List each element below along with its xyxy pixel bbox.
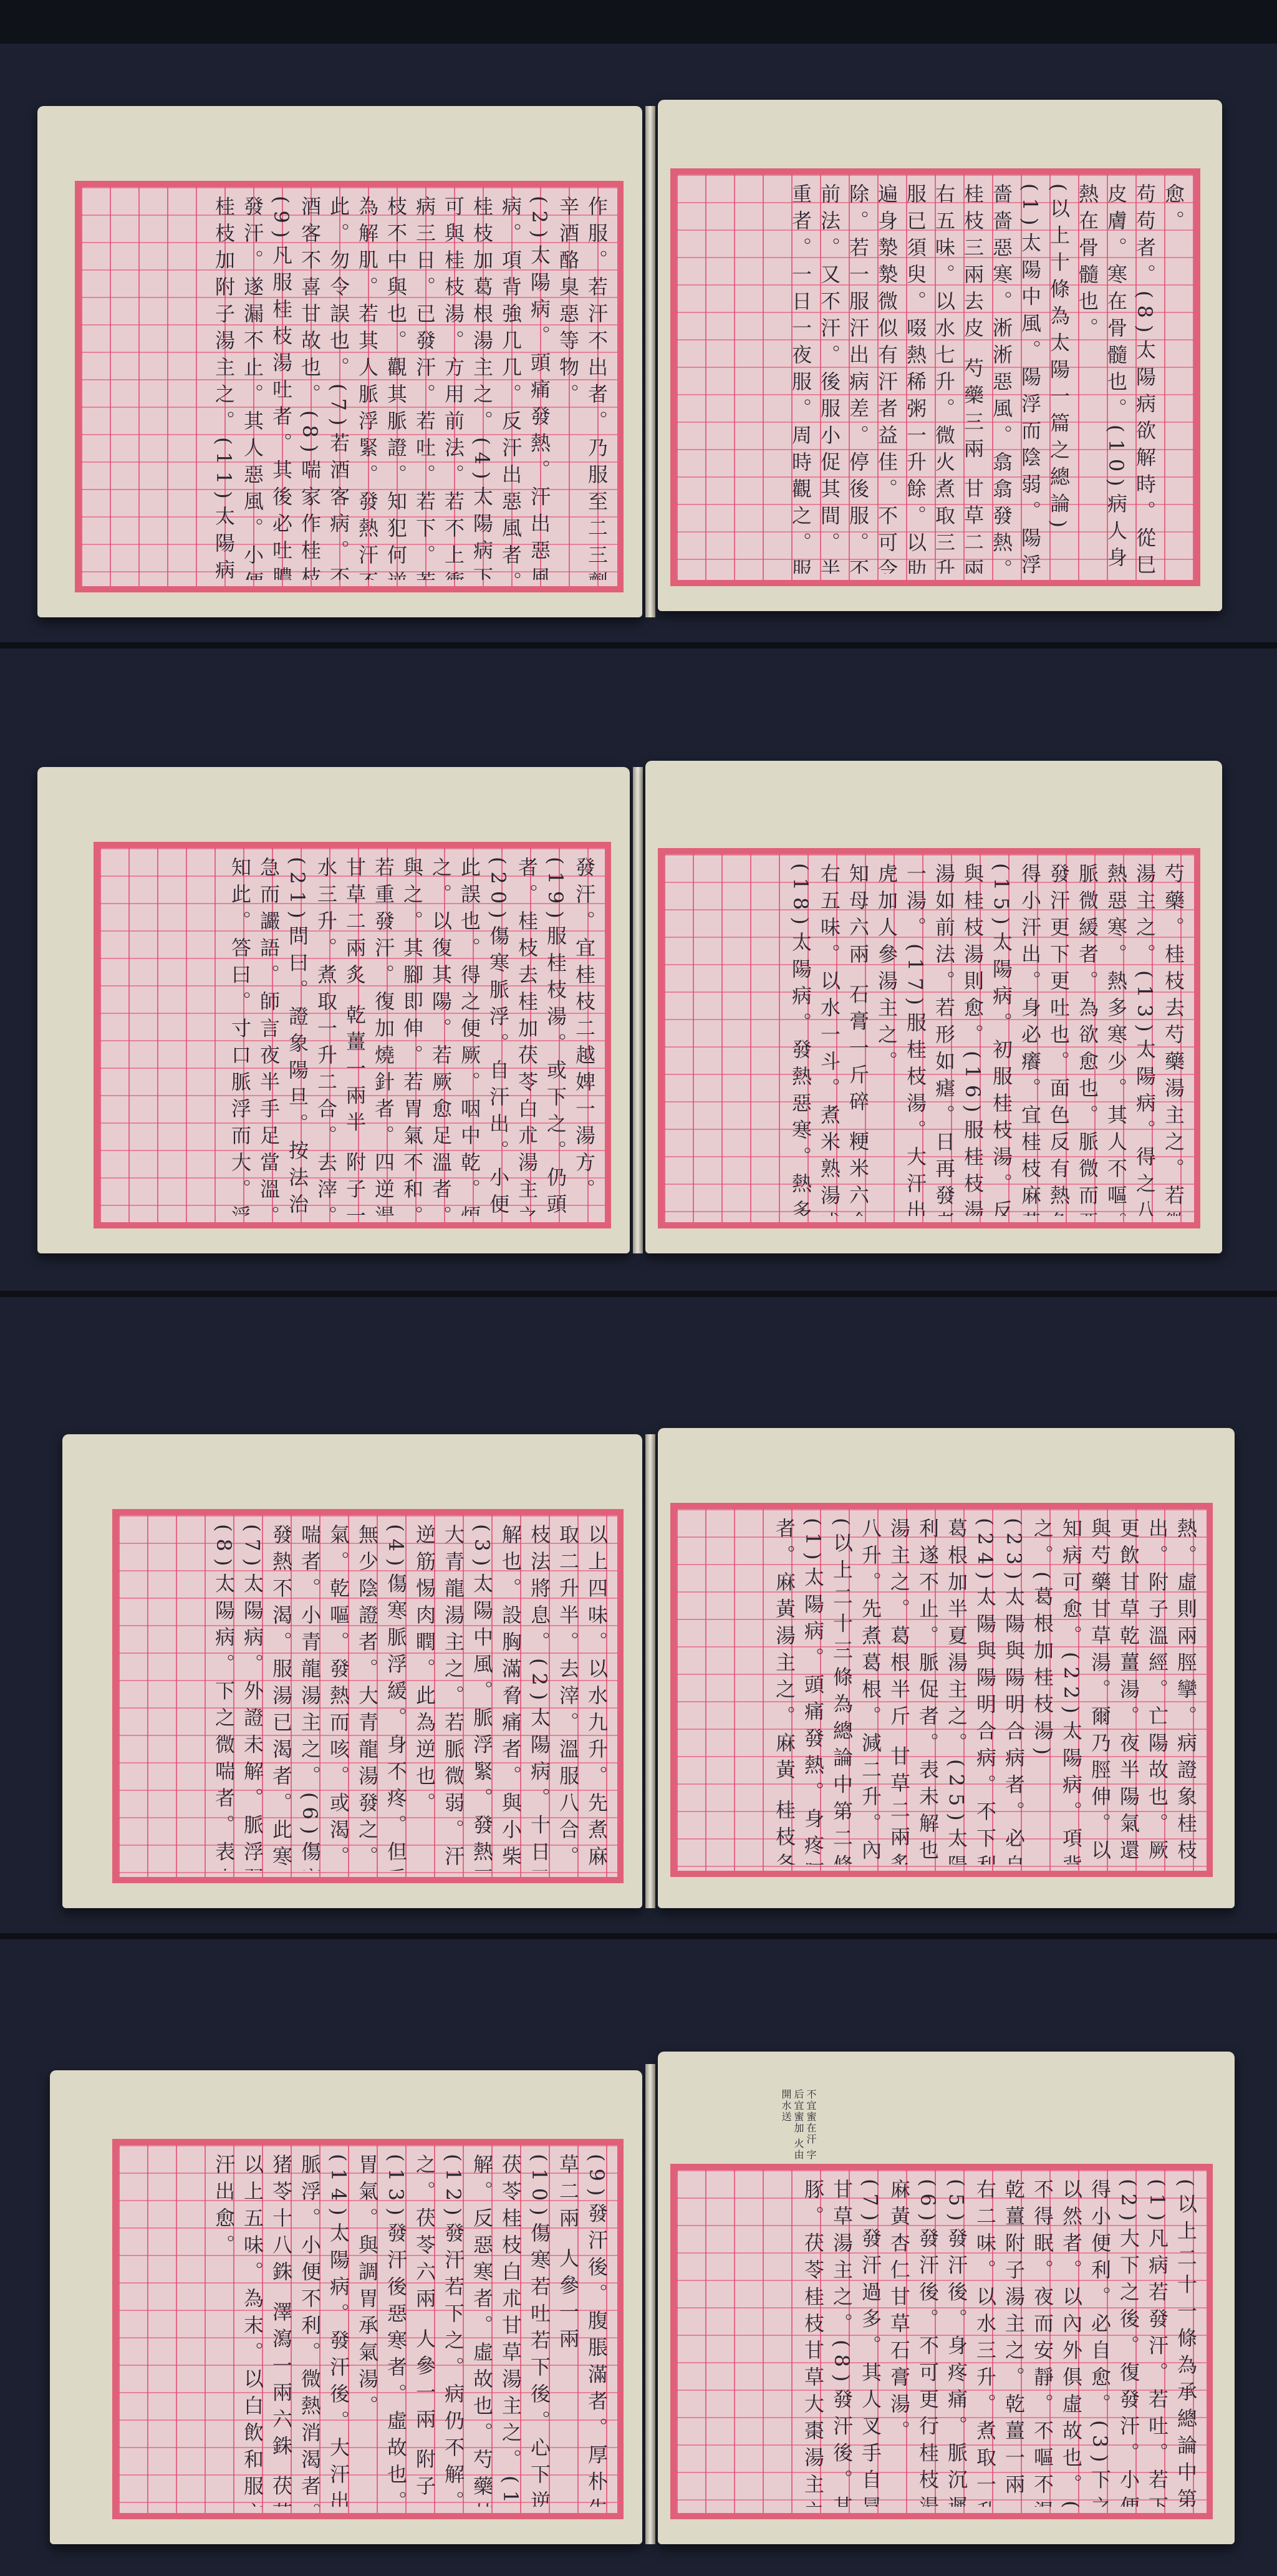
text-column: 湯如前法。若形如瘧。日再發者。汗出必解。宜桂枝二麻黃 bbox=[930, 863, 958, 1216]
text-column: 枝不中與也。觀其脈證。知犯何逆。隨證治之。(6)桂枝本 bbox=[382, 196, 410, 580]
text-column: 不得眠。夜而安靜。不嘔不渴。無表證。脈沉微。身無大熱者。 bbox=[1028, 2179, 1057, 2507]
text-column: 知病可愈。(22)太陽病。項背強几几。無汗惡風者。葛根湯主 bbox=[1057, 1518, 1086, 1864]
text-columns: (以上二十一條為承總論中第三條論傷寒之病) (1)凡病若發汗。若吐。若下。若亡津… bbox=[683, 2179, 1200, 2507]
text-column: (18)太陽病。發熱惡寒。熱多寒少。脈微弱者。此無陽也。不可 bbox=[786, 863, 815, 1216]
red-grid-frame: 以上四味。以水九升。先煮麻黃。減二升。去上沫。內諸藥。煮 取二升半。去滓。溫服八… bbox=[112, 1509, 624, 1883]
margin-note-line: 不宜蜜在汗 bbox=[805, 2089, 817, 2145]
text-column: 嗇嗇惡寒。淅淅惡風。翕翕發熱。鼻鳴乾嘔者。桂枝湯主之。 bbox=[987, 183, 1016, 574]
text-column: 桂枝三兩去皮 芍藥三兩 甘草二兩炙 生薑三兩 大棗十二枚 bbox=[958, 183, 987, 574]
text-column: 胃氣。與調胃承氣湯。 bbox=[353, 2154, 382, 2507]
red-grid-frame: (以上二十一條為承總論中第三條論傷寒之病) (1)凡病若發汗。若吐。若下。若亡津… bbox=[670, 2164, 1213, 2519]
text-column: 八升。先煮葛根。減二升。內諸藥。煮取二升。去滓。分溫再服。 bbox=[856, 1518, 885, 1864]
text-column: 者。桂枝去桂加茯苓白朮湯主之。 bbox=[513, 857, 541, 1216]
text-column: (6)發汗後。不可更行桂枝湯。汗出而喘。無大熱者。可與 bbox=[913, 2179, 942, 2507]
text-column: (5)發汗後。身疼痛。脈沉遲者。桂枝加芍藥生薑各一兩人參三兩新加湯主之。 bbox=[942, 2179, 971, 2507]
left-page: 作服。若汗不出者。乃服至二三劑。禁生冷粘滑肉麵五 辛酒酪臭惡等物。 (2)太陽病… bbox=[37, 106, 642, 617]
text-column: 氣。乾嘔。發熱而咳。或渴。或利。或噎。或小便不利。少腹滿。或 bbox=[324, 1524, 353, 1871]
book-spine bbox=[633, 767, 643, 1253]
left-page: (9)發汗後。腹脹滿者。厚朴生薑半夏甘草人參湯主之。 草二兩 人參一兩 (10)… bbox=[50, 2070, 642, 2544]
text-column: 無少陰證者。大青龍湯發之。(5)傷寒表不解。心下有水 bbox=[353, 1524, 382, 1871]
text-column: 取二升半。去滓。溫服八合。覆取微似汗。不須啜粥。餘如桂 bbox=[554, 1524, 582, 1871]
photo-panel-3: 以上四味。以水九升。先煮麻黃。減二升。去上沫。內諸藥。煮 取二升半。去滓。溫服八… bbox=[0, 1291, 1277, 1933]
text-column: 甘草湯主之。(8)發汗後。其人臍下悸者。欲作奔 bbox=[827, 2179, 856, 2507]
text-column: (20)傷寒脈浮。自汗出。小便數。心煩。微惡寒。腳攣急。反與桂枝湯以攻其表 bbox=[484, 857, 513, 1216]
text-column: 作服。若汗不出者。乃服至二三劑。禁生冷粘滑肉麵五 bbox=[582, 196, 611, 580]
text-columns: (9)發汗後。腹脹滿者。厚朴生薑半夏甘草人參湯主之。 草二兩 人參一兩 (10)… bbox=[125, 2154, 611, 2507]
text-column: 得小汗出。身必癢。宜桂枝麻黃各半湯主之。 bbox=[1016, 863, 1044, 1216]
text-column: 逆筋惕肉瞤。此為逆也。 bbox=[410, 1524, 439, 1871]
text-column: 以上四味。以水九升。先煮麻黃。減二升。去上沫。內諸藥。煮 bbox=[582, 1524, 611, 1871]
text-column: 湯主之。(13)太陽病。得之八九日。如瘧狀。發 bbox=[1130, 863, 1159, 1216]
text-column: (以上二十一條為承總論中第三條論傷寒之病) bbox=[1172, 2179, 1200, 2507]
text-column: (12)發汗若下之。病仍不解。煩躁者。茯苓四逆湯主 bbox=[439, 2154, 468, 2507]
red-grid-frame: 芍藥。桂枝去芍藥湯主之。若微惡寒者。去芍藥方中加附子 湯主之。(13)太陽病。得… bbox=[658, 848, 1200, 1228]
text-column: 辛酒酪臭惡等物。 bbox=[554, 196, 582, 580]
text-column: (以上二十三條為總論中第二條論中風之病) bbox=[827, 1518, 856, 1864]
text-column: 桂枝加附子湯主之。(11)太陽病下之後。脈促胸 bbox=[210, 196, 238, 580]
text-column: 脈浮。小便不利。微熱消渴者。與五苓散主之。 bbox=[296, 2154, 324, 2507]
text-column: 酒客不喜甘故也。(8)喘家作桂枝湯。加厚朴杏子佳。 bbox=[296, 196, 324, 580]
book-spine bbox=[645, 106, 655, 617]
red-grid-frame: 作服。若汗不出者。乃服至二三劑。禁生冷粘滑肉麵五 辛酒酪臭惡等物。 (2)太陽病… bbox=[75, 181, 624, 592]
text-column: 與桂枝湯則愈。(16)服桂枝湯。大汗出。脈洪大者。與桂枝 bbox=[958, 863, 987, 1216]
text-column: 汗出愈。 bbox=[210, 2154, 238, 2507]
text-column: 枝法將息。(2)太陽病。十日已去。脈浮細而嗜臥者。外已 bbox=[525, 1524, 554, 1871]
text-column: (7)太陽病。外證未解。脈浮弱者。當以汗解。宜桂枝湯。 bbox=[238, 1524, 267, 1871]
text-column: 若重發汗。復加燒針者。四逆湯主之。 bbox=[369, 857, 398, 1216]
text-columns: 熱。虛則兩脛攣。病證象桂枝。因加附子參其間。增桂令汗 出。附子溫經。亡陽故也。厥… bbox=[683, 1518, 1200, 1864]
text-column: 熱惡寒。熱多寒少。其人不嘔。清便欲自可。一日二三度發。 bbox=[1102, 863, 1130, 1216]
right-page: 愈。 苟苟者。(8)太陽病欲解時。從巳至未上。 皮膚。寒在骨髓也。(10)病人身… bbox=[658, 100, 1222, 611]
text-column: 發汗更下更吐也。面色反有熱色者。未欲解也。以其不能 bbox=[1044, 863, 1073, 1216]
text-column: 豚。茯苓桂枝甘草大棗湯主之。 bbox=[799, 2179, 827, 2507]
text-column: 右五味。以水七升。微火煮取三升。去滓。適寒溫服 bbox=[930, 183, 958, 574]
text-column: (1)太陽病。頭痛發熱。身疼腰痛。骨節疼痛。惡風無汗而喘 bbox=[799, 1518, 827, 1864]
text-column: (15)太陽病。初服桂枝湯。反煩不解者。先刺風池風府。却 bbox=[987, 863, 1016, 1216]
text-column: (2)太陽病。頭痛發熱。汗出惡風者。桂枝湯主之。(3)太陽 bbox=[525, 196, 554, 580]
text-column: 得小便利。必自愈。(3)下之後。復發汗。必振寒。脈微細。所 bbox=[1086, 2179, 1114, 2507]
margin-annotation: 不宜蜜在汗 字后宜蜜加 火由開水送 bbox=[779, 2089, 817, 2164]
photo-panel-2: 發汗。宜桂枝二越婢一湯方。 (19)服桂枝湯。或下之。仍頭項強痛。翕翕發熱。無汗… bbox=[0, 642, 1277, 1291]
text-column: 為解肌。若其人脈浮緊。發熱汗不出者。不可與也。常須識 bbox=[353, 196, 382, 580]
text-column: (24)太陽與陽明合病。不下利。但嘔者。 bbox=[971, 1518, 1000, 1864]
book-spine bbox=[645, 1434, 655, 1908]
photo-panel-1: 作服。若汗不出者。乃服至二三劑。禁生冷粘滑肉麵五 辛酒酪臭惡等物。 (2)太陽病… bbox=[0, 0, 1277, 642]
text-column: 喘者。小青龍湯主之。(6)傷寒心下有水氣。咳而微喘。 bbox=[296, 1524, 324, 1871]
text-column: (1)太陽中風。陽浮而陰弱。陽浮者熱自發。陰弱者汗自出。 bbox=[1016, 183, 1044, 574]
text-column: 解。反惡寒者。虛故也。芍藥甘草附子湯主之。 bbox=[468, 2154, 496, 2507]
text-column: 病。項背強几几。反汗出惡風者。 bbox=[496, 196, 525, 580]
panel-divider bbox=[0, 642, 1277, 649]
text-column: 乾薑附子湯主之。乾薑一兩 附子一枚生用去皮破八片 bbox=[1000, 2179, 1028, 2507]
text-columns: 發汗。宜桂枝二越婢一湯方。 (19)服桂枝湯。或下之。仍頭項強痛。翕翕發熱。無汗… bbox=[106, 857, 599, 1216]
right-page: 芍藥。桂枝去芍藥湯主之。若微惡寒者。去芍藥方中加附子 湯主之。(13)太陽病。得… bbox=[645, 761, 1222, 1253]
text-column: (2)大下之後。復發汗。小便不利者。亡津液故也。勿治之。 bbox=[1114, 2179, 1143, 2507]
text-column: 苟苟者。(8)太陽病欲解時。從巳至未上。 bbox=[1130, 183, 1159, 574]
text-column: 右五味。以水一斗。煮米熟湯成。去滓。溫服一升。日三服。 bbox=[815, 863, 844, 1216]
red-grid-frame: 愈。 苟苟者。(8)太陽病欲解時。從巳至未上。 皮膚。寒在骨髓也。(10)病人身… bbox=[670, 168, 1200, 586]
photo-panel-4: (9)發汗後。腹脹滿者。厚朴生薑半夏甘草人參湯主之。 草二兩 人參一兩 (10)… bbox=[0, 1933, 1277, 2576]
text-column: 之。以復其陽。若厥愈足溫者。更作芍藥甘草湯 bbox=[426, 857, 455, 1216]
text-column: (8)太陽病。下之微喘者。表未 bbox=[210, 1524, 238, 1871]
red-grid-frame: 發汗。宜桂枝二越婢一湯方。 (19)服桂枝湯。或下之。仍頭項強痛。翕翕發熱。無汗… bbox=[94, 842, 611, 1228]
open-book-1: 作服。若汗不出者。乃服至二三劑。禁生冷粘滑肉麵五 辛酒酪臭惡等物。 (2)太陽病… bbox=[37, 94, 1222, 630]
text-column: 芍藥。桂枝去芍藥湯主之。若微惡寒者。去芍藥方中加附子 bbox=[1159, 863, 1188, 1216]
text-column: (21)問曰。證象陽旦。按法治之而增劇。厥逆。咽中乾。兩脛拘 bbox=[283, 857, 312, 1216]
text-column: (4)傷寒脈浮緩。身不疼。但重。乍有輕時。 bbox=[382, 1524, 410, 1871]
text-column: 猪苓十八銖 澤瀉一兩六銖 茯苓十八銖 桂枝半兩 bbox=[267, 2154, 296, 2507]
text-column: 麻黃杏仁甘草石膏湯。 bbox=[885, 2179, 913, 2507]
text-column: 除。若一服汗出病差。停後服。不必盡劑。若不汗。更服依 bbox=[844, 183, 872, 574]
text-column: 者。麻黃湯主之。麻黃 桂枝各三兩 甘草一兩 杏仁七十個 bbox=[770, 1518, 799, 1864]
text-column: 發汗。遂漏不止。其人惡風。小便難。四肢微急。難以屈伸者。 bbox=[238, 196, 267, 580]
open-book-4: (9)發汗後。腹脹滿者。厚朴生薑半夏甘草人參湯主之。 草二兩 人參一兩 (10)… bbox=[50, 2045, 1235, 2557]
text-column: (10)傷寒若吐若下後。心下逆滿。氣上衝胸。起則頭眩。脈沉緊。發汗則動經。身為振… bbox=[525, 2154, 554, 2507]
text-column: 發汗。宜桂枝二越婢一湯方。 bbox=[570, 857, 599, 1216]
text-column: 病三日。已發汗。若吐。若下。若溫針。仍不解者。此為壞病。桂 bbox=[410, 196, 439, 580]
text-column: 發熱不渴。服湯已渴者。此寒去欲解也。小青龍湯主之。 bbox=[267, 1524, 296, 1871]
text-columns: 作服。若汗不出者。乃服至二三劑。禁生冷粘滑肉麵五 辛酒酪臭惡等物。 (2)太陽病… bbox=[87, 196, 611, 580]
text-column: 之。(葛根加桂枝湯) bbox=[1028, 1518, 1057, 1864]
text-column: (7)發汗過多。其人叉手自冒心。心下悸欲得按者。桂枝 bbox=[856, 2179, 885, 2507]
text-column: 熱在骨髓也。 bbox=[1073, 183, 1102, 574]
open-book-2: 發汗。宜桂枝二越婢一湯方。 (19)服桂枝湯。或下之。仍頭項強痛。翕翕發熱。無汗… bbox=[37, 755, 1222, 1272]
text-column: 茯苓桂枝白朮甘草湯主之。(11)發汗病不 bbox=[496, 2154, 525, 2507]
text-column: 甘草二兩炙 乾薑一兩半 附子一枚生用 bbox=[340, 857, 369, 1216]
text-column: 可與桂枝湯。方用前法。若不上衝者。不可與之。 bbox=[439, 196, 468, 580]
panel-divider bbox=[0, 1291, 1277, 1297]
text-column: 以然者。以內外俱虛故也。(4)下之後。復發汗。晝日煩躁 bbox=[1057, 2179, 1086, 2507]
text-column: 皮膚。寒在骨髓也。(10)病人身大熱。反欲得近衣者。熱在 bbox=[1102, 183, 1130, 574]
book-spine bbox=[645, 2064, 655, 2544]
text-column: 與芍藥甘草湯。爾乃脛伸。以承氣湯微溏。則止其讝語。故 bbox=[1086, 1518, 1114, 1864]
text-column: 水三升。煮取一升二合。去滓。分溫再服。 bbox=[312, 857, 340, 1216]
text-column: 知此。答曰。寸口脈浮而大。浮則為風。大則為虛。風則生微 bbox=[226, 857, 254, 1216]
text-column: 此。勿令誤也。(7)若酒客病。不可與桂枝湯。得湯則嘔。以 bbox=[324, 196, 353, 580]
text-column: 大青龍湯主之。若脈微弱。汗出惡風者。不可服。服之則厥。 bbox=[439, 1524, 468, 1871]
red-grid-frame: (9)發汗後。腹脹滿者。厚朴生薑半夏甘草人參湯主之。 草二兩 人參一兩 (10)… bbox=[112, 2139, 624, 2519]
text-column: 解也。設胸滿脅痛者。與小柴胡湯。脈但浮者。與麻黃湯。 bbox=[496, 1524, 525, 1871]
text-column: 更飲甘草乾薑湯。夜半陽氣還。兩足當溫。脛尚微拘急。重 bbox=[1114, 1518, 1143, 1864]
open-book-3: 以上四味。以水九升。先煮麻黃。減二升。去上沫。內諸藥。煮 取二升半。去滓。溫服八… bbox=[62, 1422, 1235, 1921]
text-column: 此誤也。得之便厥。咽中乾。煩躁吐逆者。作甘草乾薑湯與 bbox=[455, 857, 484, 1216]
text-column: 湯主之。葛根半斤 甘草二兩炙 黃芩三兩 黃連三兩 bbox=[885, 1518, 913, 1864]
text-column: 服已須臾。啜熱稀粥一升餘。以助藥力。溫覆令一時許。 bbox=[901, 183, 930, 574]
text-column: (1)凡病若發汗。若吐。若下。若亡津液。陰陽自和者。必自愈。 bbox=[1143, 2179, 1172, 2507]
text-column: 急而讝語。師言夜半手足當溫。兩腳當伸。後如師言。何以 bbox=[254, 857, 283, 1216]
red-grid-frame: 熱。虛則兩脛攣。病證象桂枝。因加附子參其間。增桂令汗 出。附子溫經。亡陽故也。厥… bbox=[670, 1503, 1213, 1877]
text-column: (19)服桂枝湯。或下之。仍頭項強痛。翕翕發熱。無汗。心下滿微痛。小便不利 bbox=[541, 857, 570, 1216]
text-column: 以上五味。為末。以白飲和服方寸匕。日三服。多飲煖水。 bbox=[238, 2154, 267, 2507]
text-column: 虎加人參湯主之。 bbox=[872, 863, 901, 1216]
text-column: 知母六兩 石膏一斤碎 粳米六合 甘草炙 人參各二 bbox=[844, 863, 872, 1216]
text-column: (9)凡服桂枝湯吐者。其後必吐膿血也。(10)太陽病 bbox=[267, 196, 296, 580]
text-column: 愈。 bbox=[1159, 183, 1188, 574]
right-page: 不宜蜜在汗 字后宜蜜加 火由開水送 (以上二十一條為承總論中第三條論傷寒之病) … bbox=[658, 2052, 1235, 2544]
text-columns: 以上四味。以水九升。先煮麻黃。減二升。去上沫。內諸藥。煮 取二升半。去滓。溫服八… bbox=[125, 1524, 611, 1871]
text-column: 葛根加半夏湯主之。(25)太陽病。桂枝證。醫反下之。 bbox=[942, 1518, 971, 1864]
text-columns: 愈。 苟苟者。(8)太陽病欲解時。從巳至未上。 皮膚。寒在骨髓也。(10)病人身… bbox=[683, 183, 1188, 574]
text-column: 右二味。以水三升。煮取一升。去滓。頓服。 bbox=[971, 2179, 1000, 2507]
text-column: 重者。一日一夜服。周時觀之。服一劑盡。病證猶在者。更 bbox=[786, 183, 815, 574]
text-column: 遍身漐漐微似有汗者益佳。不可令如水流漓。病必不 bbox=[872, 183, 901, 574]
text-column: (23)太陽與陽明合病者。必自下利。葛根湯主之。 bbox=[1000, 1518, 1028, 1864]
left-page: 以上四味。以水九升。先煮麻黃。減二升。去上沫。內諸藥。煮 取二升半。去滓。溫服八… bbox=[62, 1434, 642, 1908]
text-column: 脈微緩者。為欲愈也。脈微而惡寒者。此陰陽俱虛。不可更 bbox=[1073, 863, 1102, 1216]
text-column: 利遂不止。脈促者。表未解也。喘而汗出者。葛根黃芩黃連 bbox=[913, 1518, 942, 1864]
text-column: (13)發汗後惡寒者。虛故也。不惡寒但熱者。實也。當和 bbox=[382, 2154, 410, 2507]
left-page: 發汗。宜桂枝二越婢一湯方。 (19)服桂枝湯。或下之。仍頭項強痛。翕翕發熱。無汗… bbox=[37, 767, 630, 1253]
text-column: 熱。虛則兩脛攣。病證象桂枝。因加附子參其間。增桂令汗 bbox=[1172, 1518, 1200, 1864]
text-columns: 芍藥。桂枝去芍藥湯主之。若微惡寒者。去芍藥方中加附子 湯主之。(13)太陽病。得… bbox=[670, 863, 1188, 1216]
text-column: 出。附子溫經。亡陽故也。厥逆咽中乾。煩躁。陽明內結。讝語煩亂。 bbox=[1143, 1518, 1172, 1864]
text-column: 前法。又不汗。後服小促其間。半日許令三服盡。若病 bbox=[815, 183, 844, 574]
text-column: 草二兩 人參一兩 bbox=[554, 2154, 582, 2507]
text-column: 一湯。(17)服桂枝湯。大汗出後。大煩渴不解。脈洪大者。白 bbox=[901, 863, 930, 1216]
text-column: (9)發汗後。腹脹滿者。厚朴生薑半夏甘草人參湯主之。 bbox=[582, 2154, 611, 2507]
text-column: (14)太陽病。發汗後。大汗出。胃中乾。煩躁不得眠。欲得飲水者。少少與飲之。令胃… bbox=[324, 2154, 353, 2507]
text-column: (以上十條為太陽一篇之總論) bbox=[1044, 183, 1073, 574]
panel-divider bbox=[0, 1933, 1277, 1939]
text-column: 與之。其腳即伸。若胃氣不和。讝語者。少與調胃承氣湯。 bbox=[398, 857, 426, 1216]
text-column: (3)太陽中風。脈浮緊。發熱惡寒。身疼痛。不汗出而煩躁者。 bbox=[468, 1524, 496, 1871]
panel-divider bbox=[0, 0, 1277, 44]
text-column: 桂枝加葛根湯主之。(4)太陽病下之後。其氣上衝者。 bbox=[468, 196, 496, 580]
right-page: 熱。虛則兩脛攣。病證象桂枝。因加附子參其間。增桂令汗 出。附子溫經。亡陽故也。厥… bbox=[658, 1428, 1235, 1908]
text-column: 之。茯苓六兩 人參一兩 附子一枚 甘草二兩 乾薑一兩半 bbox=[410, 2154, 439, 2507]
